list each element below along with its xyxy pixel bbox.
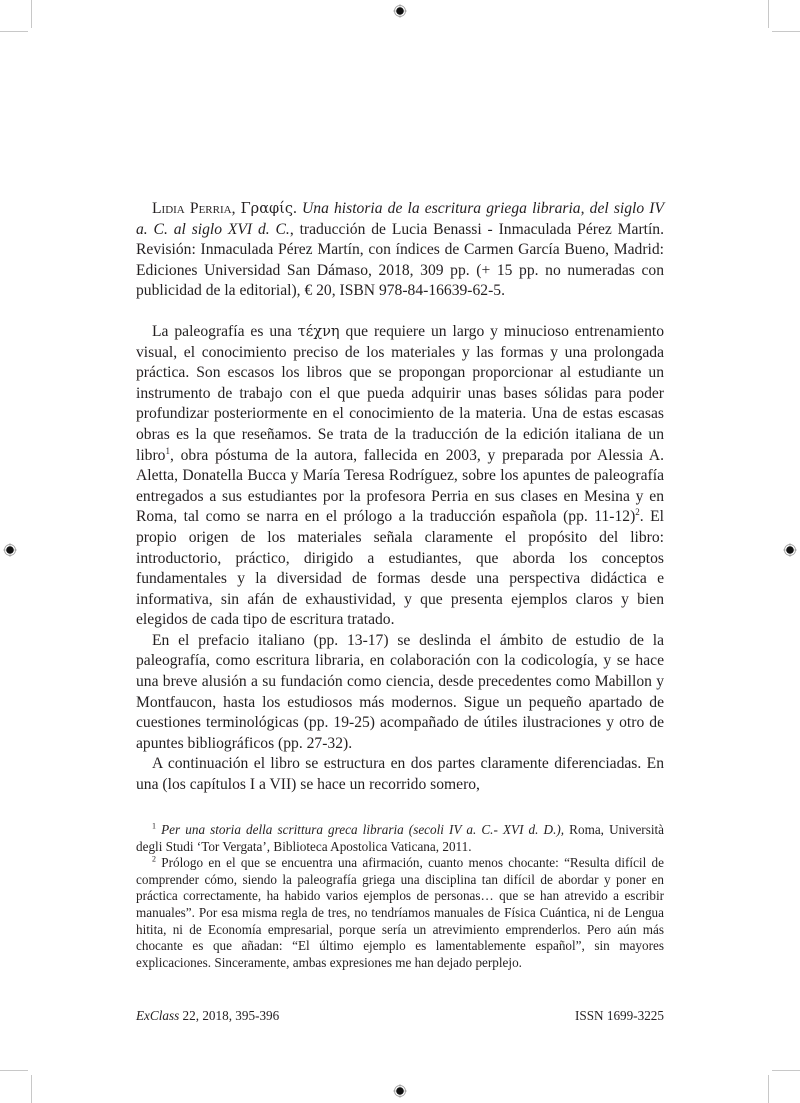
registration-mark-icon [783, 543, 797, 557]
crop-mark-bottom-left-v [31, 1075, 32, 1103]
crop-mark-bottom-left-h [0, 1070, 28, 1071]
page-footer: ExClass 22, 2018, 395-396 ISSN 1699-3225 [136, 1008, 664, 1024]
journal-citation: ExClass 22, 2018, 395-396 [136, 1008, 279, 1024]
greek-title: Γραφίς [241, 201, 293, 217]
issn: ISSN 1699-3225 [575, 1008, 664, 1024]
registration-mark-icon [3, 543, 17, 557]
paragraph-1: La paleografía es una τέχνη que requiere… [136, 322, 664, 631]
paragraph-3: A continuación el libro se estructura en… [136, 754, 664, 795]
greek-word: τέχνη [298, 324, 340, 340]
crop-mark-top-right-v [768, 0, 769, 28]
review-page: Lidia Perria, Γραφίς. Una historia de la… [136, 199, 664, 796]
footnote-1: 1 Per una storia della scrittura greca l… [136, 822, 664, 855]
paragraph-2: En el prefacio italiano (pp. 13-17) se d… [136, 631, 664, 755]
crop-mark-bottom-right-h [772, 1070, 800, 1071]
footnotes: 1 Per una storia della scrittura greca l… [136, 822, 664, 971]
registration-mark-icon [393, 4, 407, 18]
crop-mark-top-right-h [772, 31, 800, 32]
author-name: Lidia Perria [152, 200, 232, 217]
footnote-2: 2 Prólogo en el que se encuentra una afi… [136, 855, 664, 971]
crop-mark-bottom-right-v [768, 1075, 769, 1103]
crop-mark-top-left-v [31, 0, 32, 28]
bibliographic-reference: Lidia Perria, Γραφίς. Una historia de la… [136, 199, 664, 302]
crop-mark-top-left-h [0, 31, 28, 32]
registration-mark-icon [393, 1084, 407, 1098]
